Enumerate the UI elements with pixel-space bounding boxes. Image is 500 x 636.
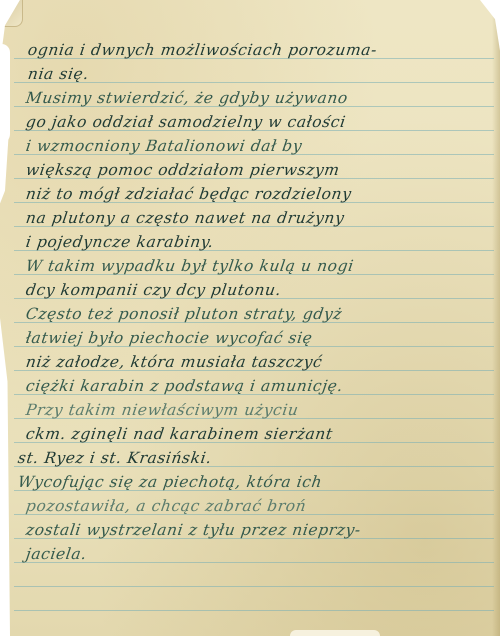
- ruled-line: [14, 586, 494, 587]
- text-line: ciężki karabin z podstawą i amunicję.: [25, 376, 492, 396]
- text-line: Przy takim niewłaściwym użyciu: [25, 400, 492, 420]
- paper-edge-shadow: [492, 0, 500, 636]
- text-line: łatwiej było piechocie wycofać się: [25, 328, 492, 348]
- text-line: W takim wypadku był tylko kulą u nogi: [25, 256, 492, 276]
- text-line: i pojedyncze karabiny.: [25, 232, 492, 252]
- text-line: jaciela.: [25, 544, 492, 564]
- ruled-line: [14, 610, 494, 611]
- text-line: niż załodze, która musiała taszczyć: [25, 352, 492, 372]
- text-line: Musimy stwierdzić, że gdyby używano: [25, 88, 492, 108]
- text-line: ckm. zginęli nad karabinem sierżant: [25, 424, 492, 444]
- text-line: Wycofując się za piechotą, która ich: [17, 472, 492, 492]
- text-line: niż to mógł zdziałać będąc rozdzielony: [25, 184, 492, 204]
- text-line: Często też ponosił pluton straty, gdyż: [25, 304, 492, 324]
- text-line: nia się.: [27, 64, 492, 84]
- torn-edge: [0, 44, 10, 144]
- text-line: na plutony a często nawet na drużyny: [25, 208, 492, 228]
- torn-edge: [0, 398, 7, 432]
- text-line: większą pomoc oddziałom pierwszym: [25, 160, 492, 180]
- folded-corner: [0, 0, 23, 27]
- text-line: ognia i dwnych możliwościach porozuma-: [27, 40, 492, 60]
- text-line: st. Ryez i st. Krasiński.: [17, 448, 492, 468]
- text-line: i wzmocniony Batalionowi dał by: [25, 136, 492, 156]
- text-line: pozostawiła, a chcąc zabrać broń: [25, 496, 492, 516]
- text-line: go jako oddział samodzielny w całości: [25, 112, 492, 132]
- paper-bottom-curl: [290, 630, 380, 636]
- text-line: dcy kompanii czy dcy plutonu.: [25, 280, 492, 300]
- paper-sheet: ognia i dwnych możliwościach porozuma-ni…: [0, 0, 500, 636]
- text-line: zostali wystrzelani z tyłu przez nieprzy…: [25, 520, 492, 540]
